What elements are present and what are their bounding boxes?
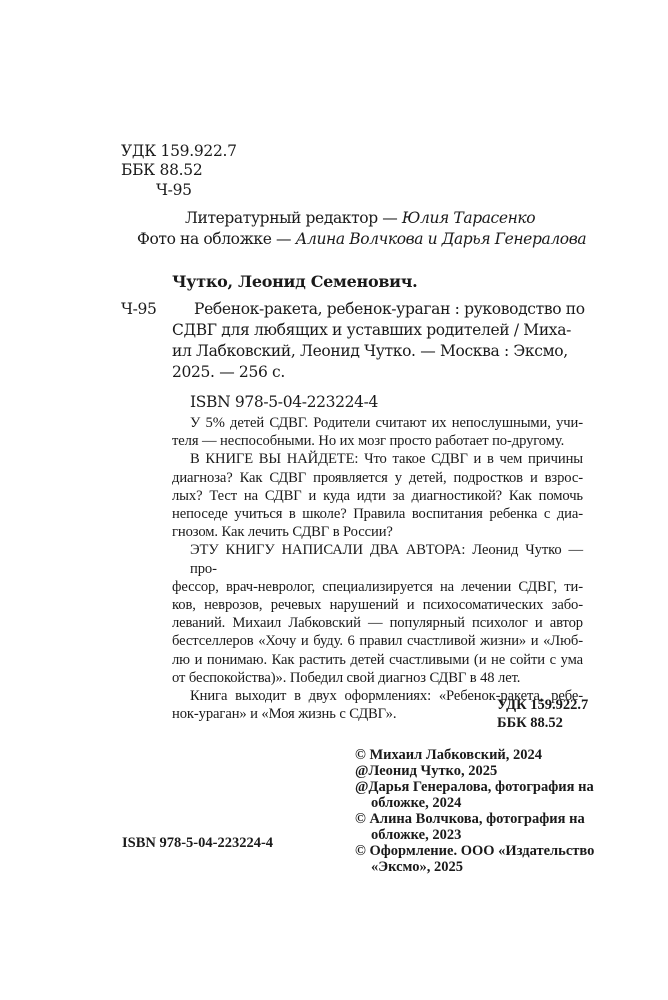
annotation-line: ков, неврозов, речевых нарушений и психо… (172, 596, 583, 614)
annotation-line: от беспокойства)». Победил свой диагноз … (172, 669, 583, 687)
copyright-line: @Дарья Генералова, фотография на (355, 779, 594, 795)
editor-name: Юлия Тарасенко (402, 209, 535, 227)
udk-code: УДК 159.922.7 (121, 141, 237, 161)
copyright-line: @Леонид Чутко, 2025 (355, 763, 594, 779)
annotation-line: леваний. Михаил Лабковский — популярный … (172, 614, 583, 632)
entry-line-3: ил Лабковский, Леонид Чутко. — Москва : … (172, 341, 568, 362)
copyright-line: © Алина Волчкова, фотография на (355, 811, 594, 827)
entry-author-sign: Ч-95 (121, 299, 157, 320)
annotation-line: У 5% детей СДВГ. Родители считают их неп… (172, 414, 583, 432)
photo-credit: Фото на обложке — Алина Волчкова и Дарья… (137, 229, 586, 249)
annotation-line: диагноза? Как СДВГ проявляется у детей, … (172, 469, 583, 487)
copyright-line: © Михаил Лабковский, 2024 (355, 747, 594, 763)
annotation: У 5% детей СДВГ. Родители считают их неп… (172, 414, 583, 723)
footer-isbn: ISBN 978-5-04-223224-4 (122, 835, 273, 851)
author-sign: Ч-95 (156, 180, 192, 200)
annotation-line: теля — неспособными. Но их мозг просто р… (172, 432, 583, 450)
entry-isbn: ISBN 978-5-04-223224-4 (190, 392, 378, 413)
copyright-line-cont: «Эксмо», 2025 (355, 859, 594, 875)
photo-names: Алина Волчкова и Дарья Генералова (296, 230, 587, 248)
photo-label: Фото на обложке — (137, 230, 296, 248)
footer-bbk: ББК 88.52 (497, 715, 563, 731)
copyright-line-cont: обложке, 2023 (355, 827, 594, 843)
annotation-line: бестселлеров «Хочу и буду. 6 правил счас… (172, 632, 583, 650)
annotation-line: непоседе учиться в школе? Правила воспит… (172, 505, 583, 523)
copyright-line-cont: обложке, 2024 (355, 795, 594, 811)
annotation-line: ЭТУ КНИГУ НАПИСАЛИ ДВА АВТОРА: Леонид Чу… (172, 541, 583, 577)
author-heading: Чутко, Леонид Семенович. (172, 272, 417, 291)
bbk-code: ББК 88.52 (121, 160, 202, 180)
annotation-paragraph: У 5% детей СДВГ. Родители считают их неп… (172, 414, 583, 450)
footer-udk: УДК 159.922.7 (497, 697, 588, 713)
entry-line-2: СДВГ для любящих и уставших родителей / … (172, 320, 571, 341)
copyright-block: © Михаил Лабковский, 2024 @Леонид Чутко,… (355, 747, 594, 875)
editor-credit: Литературный редактор — Юлия Тарасенко (185, 208, 535, 228)
copyright-line: © Оформление. ООО «Издательство (355, 843, 594, 859)
editor-label: Литературный редактор — (185, 209, 402, 227)
annotation-line: лых? Тест на СДВГ и куда идти за диагнос… (172, 487, 583, 505)
annotation-line: гнозом. Как лечить СДВГ в России? (172, 523, 583, 541)
annotation-paragraph: В КНИГЕ ВЫ НАЙДЕТЕ: Что такое СДВГ и в ч… (172, 450, 583, 541)
annotation-line: лю и понимаю. Как растить детей счастлив… (172, 651, 583, 669)
entry-line-4: 2025. — 256 с. (172, 362, 285, 383)
entry-line-1: Ребенок-ракета, ребенок-ураган : руковод… (194, 299, 585, 320)
annotation-line: В КНИГЕ ВЫ НАЙДЕТЕ: Что такое СДВГ и в ч… (172, 450, 583, 468)
annotation-line: фессор, врач-невролог, специализируется … (172, 578, 583, 596)
annotation-paragraph: ЭТУ КНИГУ НАПИСАЛИ ДВА АВТОРА: Леонид Чу… (172, 541, 583, 687)
